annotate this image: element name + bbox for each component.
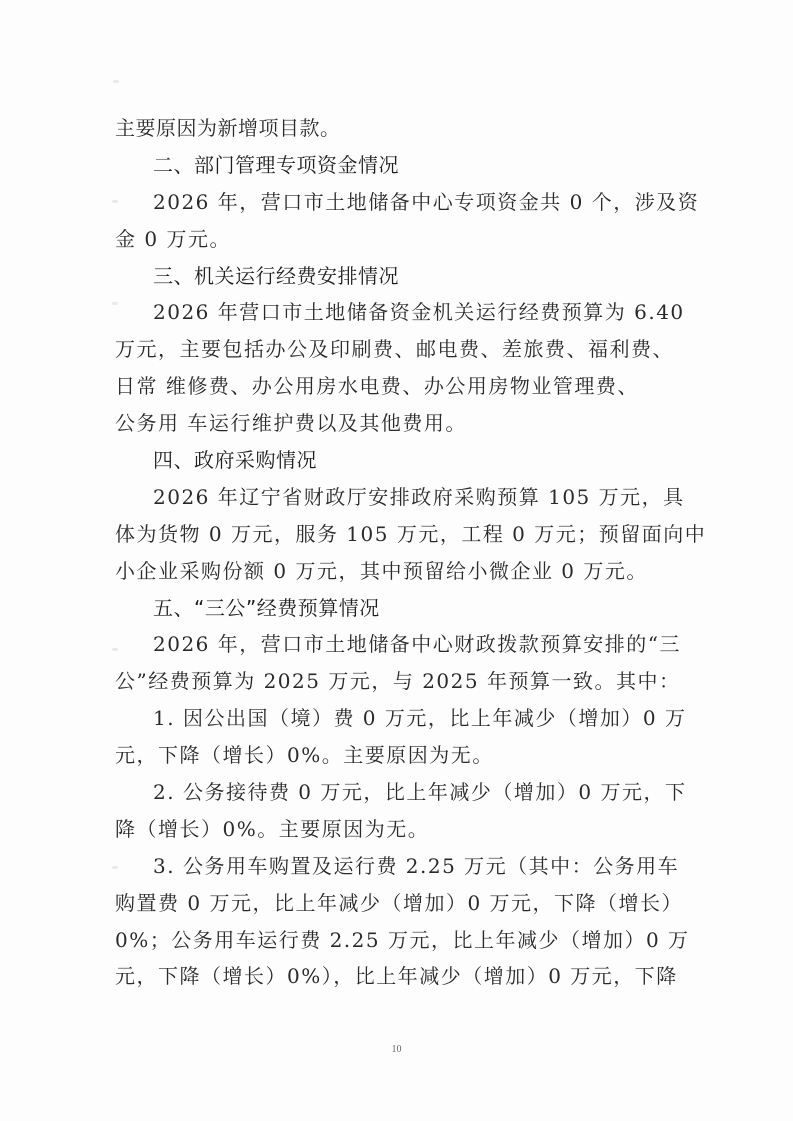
paragraph-line: 2026 年，营口市土地储备中心专项资金共 0 个，涉及资 [115,187,665,224]
paragraph-line: 2026 年辽宁省财政厅安排政府采购预算 105 万元，具 [115,482,665,519]
paragraph-line: 金 0 万元。 [115,224,665,261]
page-number: 10 [0,1044,793,1055]
paragraph-line: 购置费 0 万元，比上年减少（增加）0 万元，下降（增长） [115,888,665,925]
paragraph-line: 1. 因公出国（境）费 0 万元，比上年减少（增加）0 万 [115,703,665,740]
document-page: 主要原因为新增项目款。二、部门管理专项资金情况2026 年，营口市土地储备中心专… [0,0,793,1121]
paragraph-line: 万元，主要包括办公及印刷费、邮电费、差旅费、福利费、 [115,334,665,371]
paragraph-line: 0%；公务用车运行费 2.25 万元，比上年减少（增加）0 万 [115,925,665,962]
paragraph-line: 元，下降（增长）0%。主要原因为无。 [115,740,665,777]
section-heading: 四、政府采购情况 [115,445,665,482]
paragraph-line: 降（增长）0%。主要原因为无。 [115,814,665,851]
document-body: 主要原因为新增项目款。二、部门管理专项资金情况2026 年，营口市土地储备中心专… [115,113,665,998]
scan-speck [113,80,119,83]
section-heading: 二、部门管理专项资金情况 [115,150,665,187]
paragraph-line: 公务用 车运行维护费以及其他费用。 [115,408,665,445]
paragraph-line: 3. 公务用车购置及运行费 2.25 万元（其中：公务用车 [115,851,665,888]
paragraph-line: 主要原因为新增项目款。 [115,113,665,150]
paragraph-line: 公”经费预算为 2025 万元，与 2025 年预算一致。其中： [115,666,665,703]
paragraph-line: 2026 年营口市土地储备资金机关运行经费预算为 6.40 [115,297,665,334]
paragraph-line: 日常 维修费、办公用房水电费、办公用房物业管理费、 [115,371,665,408]
paragraph-line: 2. 公务接待费 0 万元，比上年减少（增加）0 万元，下 [115,777,665,814]
paragraph-line: 体为货物 0 万元，服务 105 万元，工程 0 万元；预留面向中 [115,519,665,556]
section-heading: 三、机关运行经费安排情况 [115,261,665,298]
section-heading: 五、“三公”经费预算情况 [115,593,665,630]
paragraph-line: 元，下降（增长）0%），比上年减少（增加）0 万元，下降 [115,961,665,998]
paragraph-line: 小企业采购份额 0 万元，其中预留给小微企业 0 万元。 [115,556,665,593]
paragraph-line: 2026 年，营口市土地储备中心财政拨款预算安排的“三 [115,629,665,666]
